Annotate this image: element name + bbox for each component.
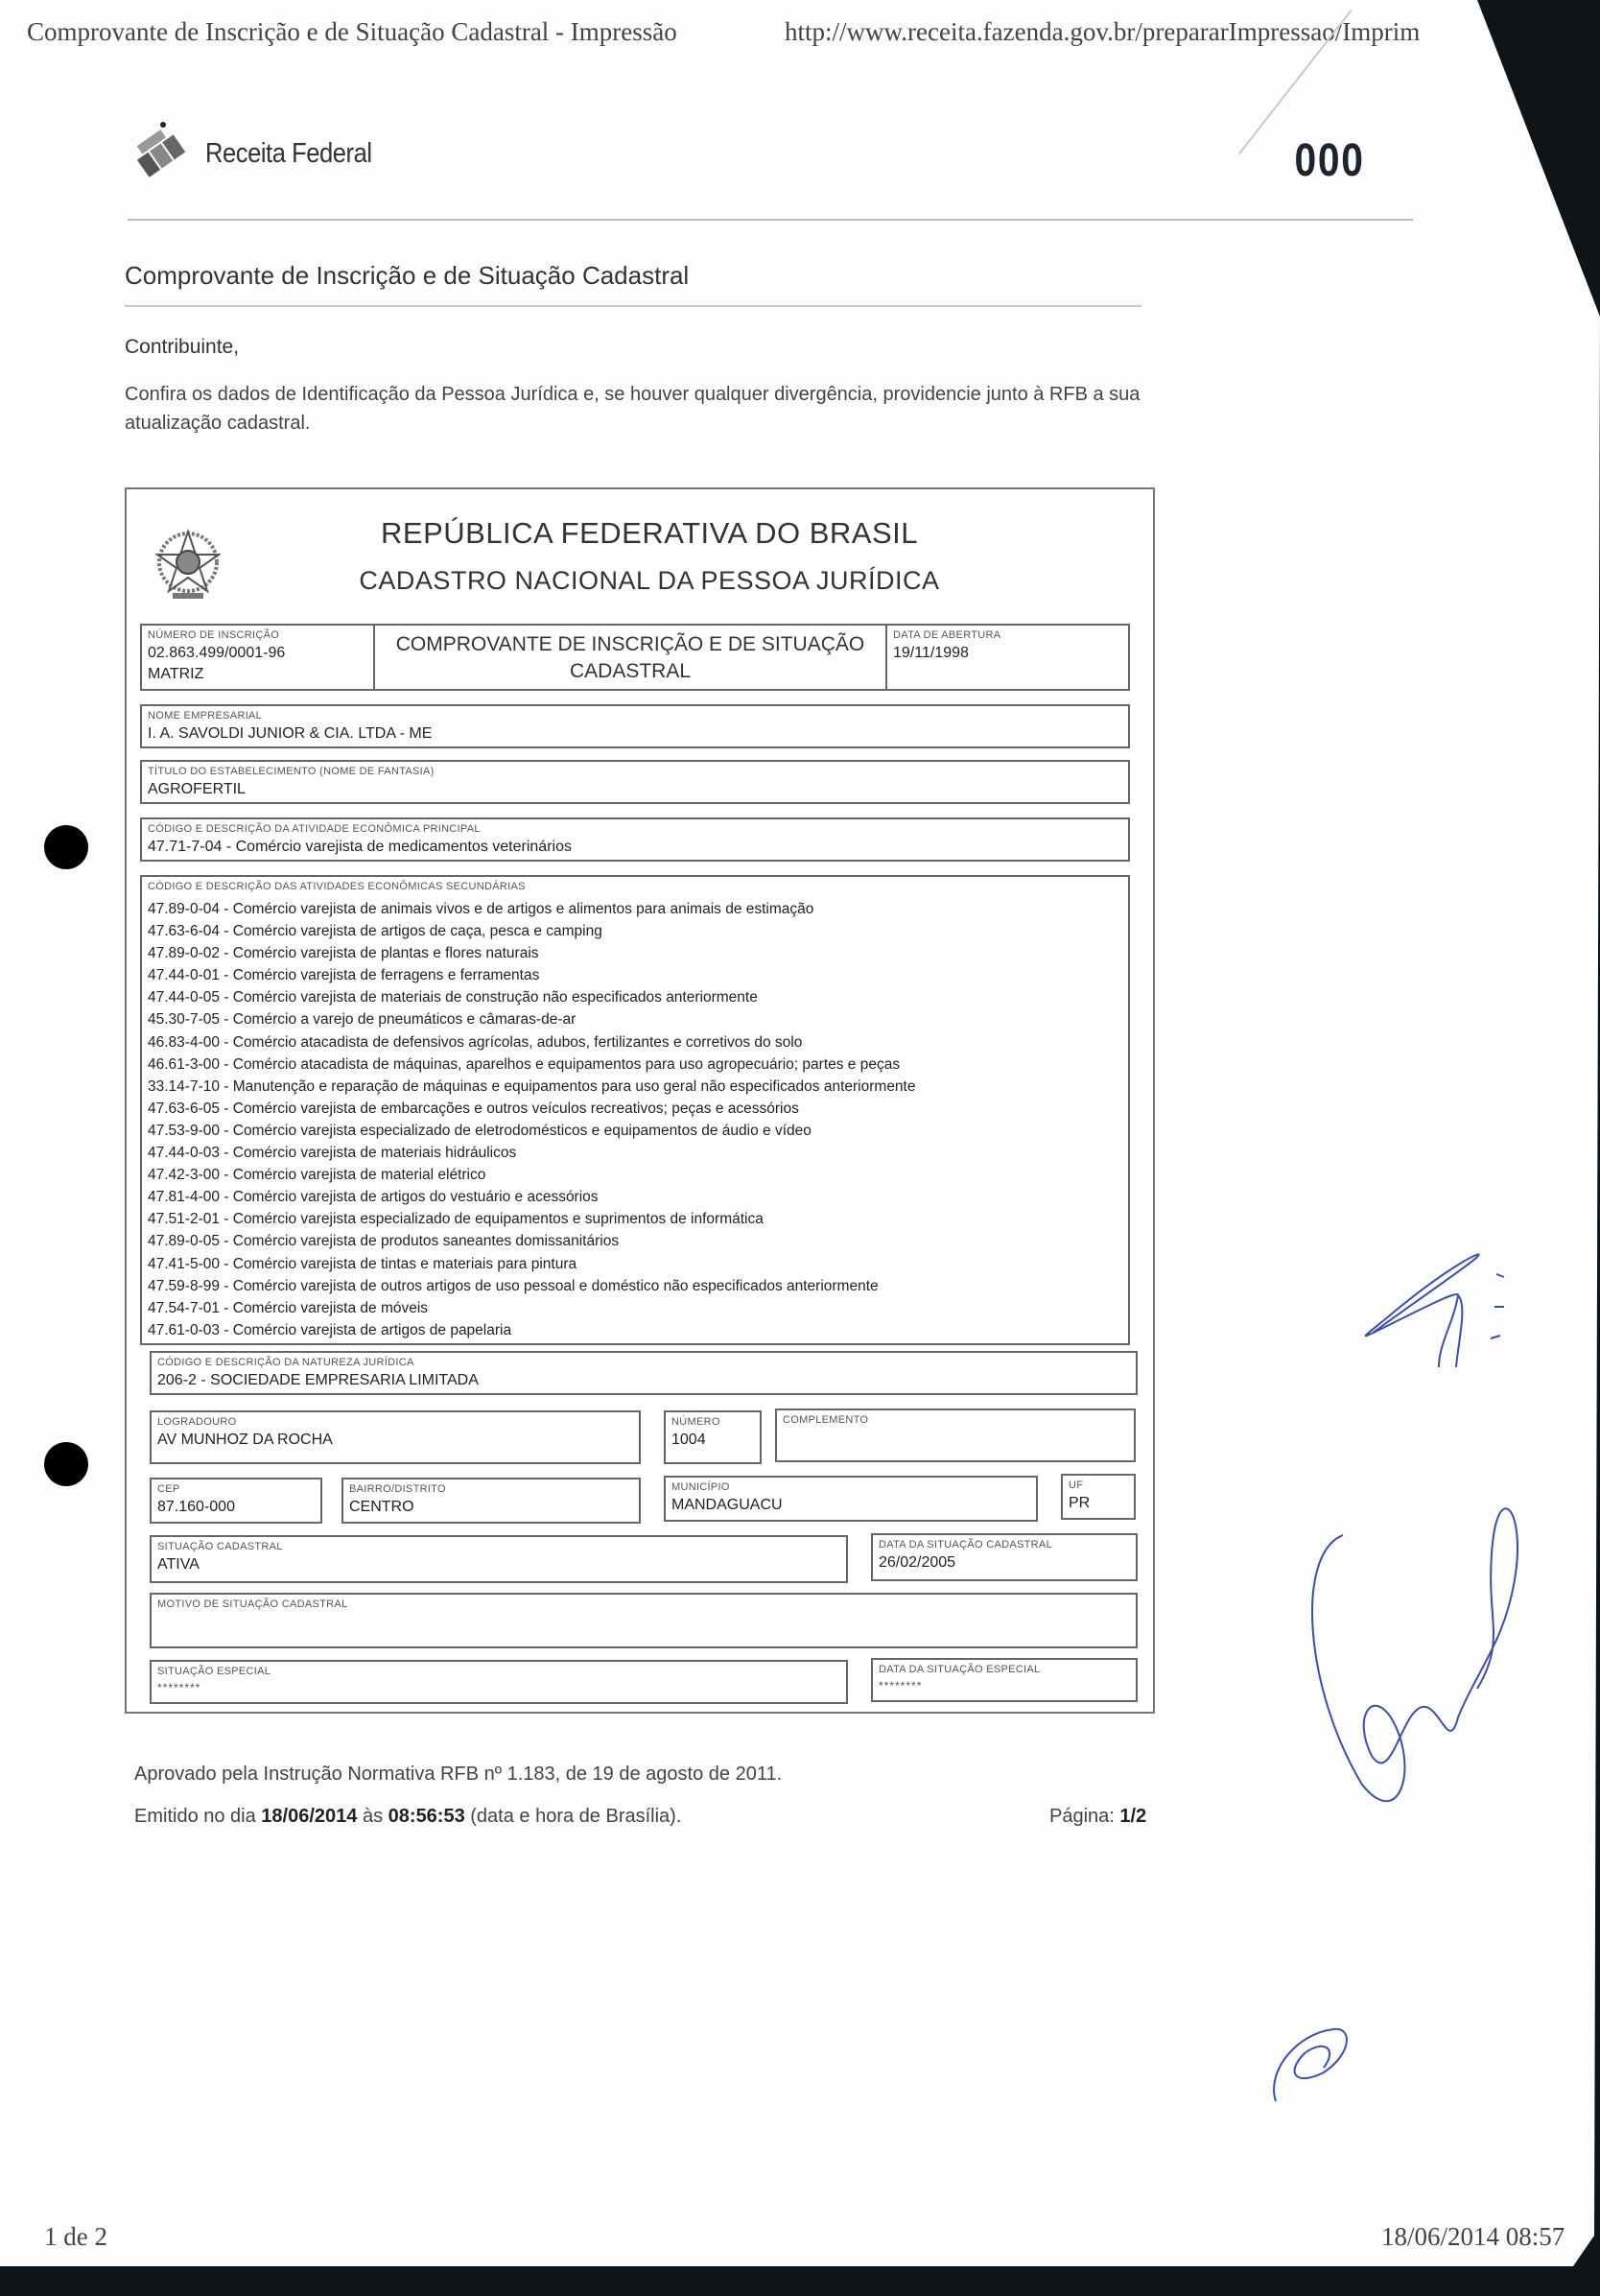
numero-inscricao-label: NÚMERO DE INSCRIÇÃO (148, 629, 279, 641)
list-item: 47.89-0-04 - Comércio varejista de anima… (148, 898, 1122, 920)
data-abertura-box: DATA DE ABERTURA 19/11/1998 (885, 624, 1130, 691)
emission-time: 08:56:53 (388, 1806, 465, 1827)
stamped-page-number: 000 (1294, 134, 1364, 187)
numero-inscricao-value: 02.863.499/0001-96 (148, 645, 285, 662)
numero-inscricao-box: NÚMERO DE INSCRIÇÃO 02.863.499/0001-96 M… (140, 624, 375, 691)
estabelecimento-tipo: MATRIZ (148, 666, 203, 683)
cep-box: CEP 87.160-000 (150, 1478, 322, 1524)
bairro-label: BAIRRO/DISTRITO (349, 1483, 446, 1495)
atividades-secundarias-label: CÓDIGO E DESCRIÇÃO DAS ATIVIDADES ECONÔM… (148, 881, 526, 892)
data-situacao-cadastral-label: DATA DA SITUAÇÃO CADASTRAL (879, 1539, 1052, 1550)
list-item: 47.41-5-00 - Comércio varejista de tinta… (148, 1253, 1122, 1275)
intro-paragraph: Confira os dados de Identificação da Pes… (125, 380, 1161, 438)
punch-hole-bottom (44, 1442, 88, 1486)
comprovante-title: COMPROVANTE DE INSCRIÇÃO E DE SITUAÇÃO C… (375, 631, 885, 685)
list-item: 47.44-0-01 - Comércio varejista de ferra… (148, 964, 1122, 986)
nome-empresarial-box: NOME EMPRESARIAL I. A. SAVOLDI JUNIOR & … (140, 704, 1130, 748)
title-divider (125, 305, 1141, 307)
situacao-cadastral-label: SITUAÇÃO CADASTRAL (157, 1541, 283, 1552)
logradouro-value: AV MUNHOZ DA ROCHA (157, 1432, 333, 1449)
atividades-secundarias-box: CÓDIGO E DESCRIÇÃO DAS ATIVIDADES ECONÔM… (140, 875, 1130, 1345)
data-situacao-especial-value: ******** (879, 1679, 922, 1692)
greeting: Contribuinte, (125, 336, 239, 359)
logradouro-label: LOGRADOURO (157, 1416, 236, 1428)
bairro-box: BAIRRO/DISTRITO CENTRO (341, 1478, 641, 1524)
situacao-especial-box: SITUAÇÃO ESPECIAL ******** (150, 1660, 848, 1704)
motivo-situacao-box: MOTIVO DE SITUAÇÃO CADASTRAL (150, 1593, 1138, 1648)
list-item: 47.61-0-03 - Comércio varejista de artig… (148, 1319, 1122, 1341)
data-abertura-label: DATA DE ABERTURA (893, 629, 1000, 641)
situacao-especial-label: SITUAÇÃO ESPECIAL (157, 1666, 271, 1677)
header-republic: REPÚBLICA FEDERATIVA DO BRASIL (136, 516, 1163, 551)
handwritten-initials-icon (1333, 1199, 1525, 1391)
emission-note: Emitido no dia 18/06/2014 às 08:56:53 (d… (134, 1806, 681, 1828)
page-label: Página: (1049, 1806, 1119, 1827)
list-item: 47.51-2-01 - Comércio varejista especial… (148, 1208, 1122, 1230)
receita-federal-logo: Receita Federal (125, 115, 394, 192)
handwritten-signature-icon (1285, 1401, 1535, 1842)
data-situacao-especial-box: DATA DA SITUAÇÃO ESPECIAL ******** (871, 1658, 1138, 1702)
nome-empresarial-label: NOME EMPRESARIAL (148, 710, 262, 722)
data-situacao-especial-label: DATA DA SITUAÇÃO ESPECIAL (879, 1664, 1040, 1675)
print-page-count: 1 de 2 (44, 2222, 107, 2252)
cnpj-card: REPÚBLICA FEDERATIVA DO BRASIL CADASTRO … (125, 487, 1155, 1714)
complemento-label: COMPLEMENTO (783, 1414, 868, 1426)
natureza-juridica-label: CÓDIGO E DESCRIÇÃO DA NATUREZA JURÍDICA (157, 1357, 414, 1368)
situacao-cadastral-value: ATIVA (157, 1556, 200, 1574)
list-item: 47.63-6-04 - Comércio varejista de artig… (148, 920, 1122, 942)
bairro-value: CENTRO (349, 1499, 414, 1516)
list-item: 47.81-4-00 - Comércio varejista de artig… (148, 1186, 1122, 1208)
numero-value: 1004 (671, 1432, 706, 1449)
emission-prefix: Emitido no dia (134, 1806, 261, 1827)
uf-value: PR (1069, 1495, 1090, 1512)
list-item: 47.59-8-99 - Comércio varejista de outro… (148, 1275, 1122, 1297)
atividade-principal-label: CÓDIGO E DESCRIÇÃO DA ATIVIDADE ECONÔMIC… (148, 823, 481, 835)
numero-box: NÚMERO 1004 (664, 1410, 762, 1464)
natureza-juridica-box: CÓDIGO E DESCRIÇÃO DA NATUREZA JURÍDICA … (150, 1351, 1138, 1395)
list-item: 47.54-7-01 - Comércio varejista de móvei… (148, 1297, 1122, 1319)
receita-federal-logo-icon (125, 115, 201, 192)
situacao-cadastral-box: SITUAÇÃO CADASTRAL ATIVA (150, 1535, 848, 1583)
list-item: 47.89-0-05 - Comércio varejista de produ… (148, 1230, 1122, 1252)
nome-fantasia-label: TÍTULO DO ESTABELECIMENTO (NOME DE FANTA… (148, 766, 435, 777)
data-abertura-value: 19/11/1998 (893, 645, 969, 662)
nome-empresarial-value: I. A. SAVOLDI JUNIOR & CIA. LTDA - ME (148, 725, 432, 743)
list-item: 33.14-7-10 - Manutenção e reparação de m… (148, 1076, 1122, 1098)
header-cnpj: CADASTRO NACIONAL DA PESSOA JURÍDICA (136, 566, 1163, 596)
list-item: 47.42-3-00 - Comércio varejista de mater… (148, 1164, 1122, 1186)
uf-label: UF (1069, 1479, 1083, 1491)
nome-fantasia-box: TÍTULO DO ESTABELECIMENTO (NOME DE FANTA… (140, 760, 1130, 804)
list-item: 46.61-3-00 - Comércio atacadista de máqu… (148, 1053, 1122, 1076)
emission-mid: às (357, 1806, 388, 1827)
list-item: 47.63-6-05 - Comércio varejista de embar… (148, 1098, 1122, 1120)
atividade-principal-box: CÓDIGO E DESCRIÇÃO DA ATIVIDADE ECONÔMIC… (140, 817, 1130, 862)
complemento-box: COMPLEMENTO (775, 1408, 1136, 1462)
data-situacao-cadastral-box: DATA DA SITUAÇÃO CADASTRAL 26/02/2005 (871, 1533, 1138, 1581)
cep-label: CEP (157, 1483, 180, 1495)
emission-date: 18/06/2014 (261, 1806, 357, 1827)
municipio-label: MUNICÍPIO (671, 1481, 730, 1493)
list-item: 47.53-9-00 - Comércio varejista especial… (148, 1120, 1122, 1142)
atividade-principal-value: 47.71-7-04 - Comércio varejista de medic… (148, 839, 572, 856)
emission-suffix: (data e hora de Brasília). (465, 1806, 682, 1827)
numero-label: NÚMERO (671, 1416, 720, 1428)
receita-federal-logo-text: Receita Federal (205, 138, 372, 170)
punch-hole-top (44, 825, 88, 869)
print-header-title: Comprovante de Inscrição e de Situação C… (27, 17, 677, 47)
scanned-page: Comprovante de Inscrição e de Situação C… (0, 0, 1600, 2296)
municipio-value: MANDAGUACU (671, 1497, 783, 1514)
list-item: 45.30-7-05 - Comércio a varejo de pneumá… (148, 1008, 1122, 1030)
natureza-juridica-value: 206-2 - SOCIEDADE EMPRESARIA LIMITADA (157, 1372, 479, 1389)
list-item: 47.44-0-05 - Comércio varejista de mater… (148, 986, 1122, 1008)
document-title: Comprovante de Inscrição e de Situação C… (125, 261, 689, 291)
list-item: 46.83-4-00 - Comércio atacadista de defe… (148, 1031, 1122, 1053)
cep-value: 87.160-000 (157, 1499, 235, 1516)
nome-fantasia-value: AGROFERTIL (148, 781, 246, 798)
page-indicator: Página: 1/2 (1049, 1806, 1146, 1828)
header-divider (128, 219, 1413, 221)
municipio-box: MUNICÍPIO MANDAGUACU (664, 1476, 1038, 1522)
situacao-especial-value: ******** (157, 1681, 200, 1694)
data-situacao-cadastral-value: 26/02/2005 (879, 1554, 955, 1572)
page-value: 1/2 (1119, 1806, 1146, 1827)
atividades-secundarias-list: 47.89-0-04 - Comércio varejista de anima… (148, 898, 1122, 1341)
list-item: 47.44-0-03 - Comércio varejista de mater… (148, 1142, 1122, 1164)
comprovante-title-box: COMPROVANTE DE INSCRIÇÃO E DE SITUAÇÃO C… (373, 624, 887, 691)
logradouro-box: LOGRADOURO AV MUNHOZ DA ROCHA (150, 1410, 641, 1464)
print-timestamp: 18/06/2014 08:57 (1381, 2222, 1565, 2252)
uf-box: UF PR (1061, 1474, 1136, 1520)
list-item: 47.89-0-02 - Comércio varejista de plant… (148, 942, 1122, 964)
handwritten-rubric-icon (1257, 2015, 1362, 2111)
approval-note: Aprovado pela Instrução Normativa RFB nº… (134, 1763, 782, 1786)
motivo-situacao-label: MOTIVO DE SITUAÇÃO CADASTRAL (157, 1598, 347, 1610)
